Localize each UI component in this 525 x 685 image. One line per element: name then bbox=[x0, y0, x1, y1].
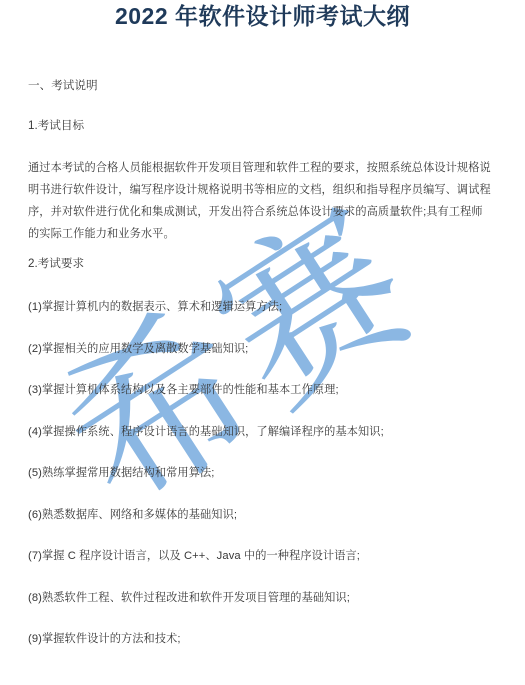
requirement-item-1: (1)掌握计算机内的数据表示、算术和逻辑运算方法; bbox=[28, 300, 497, 315]
requirement-item-9: (9)掌握软件设计的方法和技术; bbox=[28, 632, 497, 647]
paragraph-line: 通过本考试的合格人员能根据软件开发项目管理和软件工程的要求，按照系统总体设计规格… bbox=[28, 157, 497, 179]
requirement-item-3: (3)掌握计算机体系结构以及各主要部件的性能和基本工作原理; bbox=[28, 383, 497, 398]
requirement-item-2: (2)掌握相关的应用数学及离散数学基础知识; bbox=[28, 342, 497, 357]
requirement-item-6: (6)熟悉数据库、网络和多媒体的基础知识; bbox=[28, 508, 497, 523]
requirement-item-4: (4)掌握操作系统、程序设计语言的基础知识，了解编译程序的基本知识; bbox=[28, 425, 497, 440]
document-page: 希赛 2022 年软件设计师考试大纲 一、考试说明 1.考试目标 通过本考试的合… bbox=[0, 0, 525, 685]
document-content: 2022 年软件设计师考试大纲 一、考试说明 1.考试目标 通过本考试的合格人员… bbox=[0, 0, 525, 647]
document-title: 2022 年软件设计师考试大纲 bbox=[28, 0, 497, 30]
requirement-item-8: (8)熟悉软件工程、软件过程改进和软件开发项目管理的基础知识; bbox=[28, 591, 497, 606]
exam-goal-paragraph: 通过本考试的合格人员能根据软件开发项目管理和软件工程的要求，按照系统总体设计规格… bbox=[28, 157, 497, 245]
paragraph-line: 明书进行软件设计，编写程序设计规格说明书等相应的文档，组织和指导程序员编写、调试… bbox=[28, 179, 497, 201]
paragraph-line: 序，并对软件进行优化和集成测试，开发出符合系统总体设计要求的高质量软件;具有工程… bbox=[28, 201, 497, 223]
requirement-item-5: (5)熟练掌握常用数据结构和常用算法; bbox=[28, 466, 497, 481]
paragraph-line: 的实际工作能力和业务水平。 bbox=[28, 223, 497, 245]
subsection-heading-exam-goal: 1.考试目标 bbox=[28, 118, 497, 133]
requirement-item-7: (7)掌握 C 程序设计语言，以及 C++、Java 中的一种程序设计语言; bbox=[28, 549, 497, 564]
subsection-heading-exam-requirements: 2.考试要求 bbox=[28, 256, 497, 271]
section-heading-exam-description: 一、考试说明 bbox=[28, 78, 497, 93]
